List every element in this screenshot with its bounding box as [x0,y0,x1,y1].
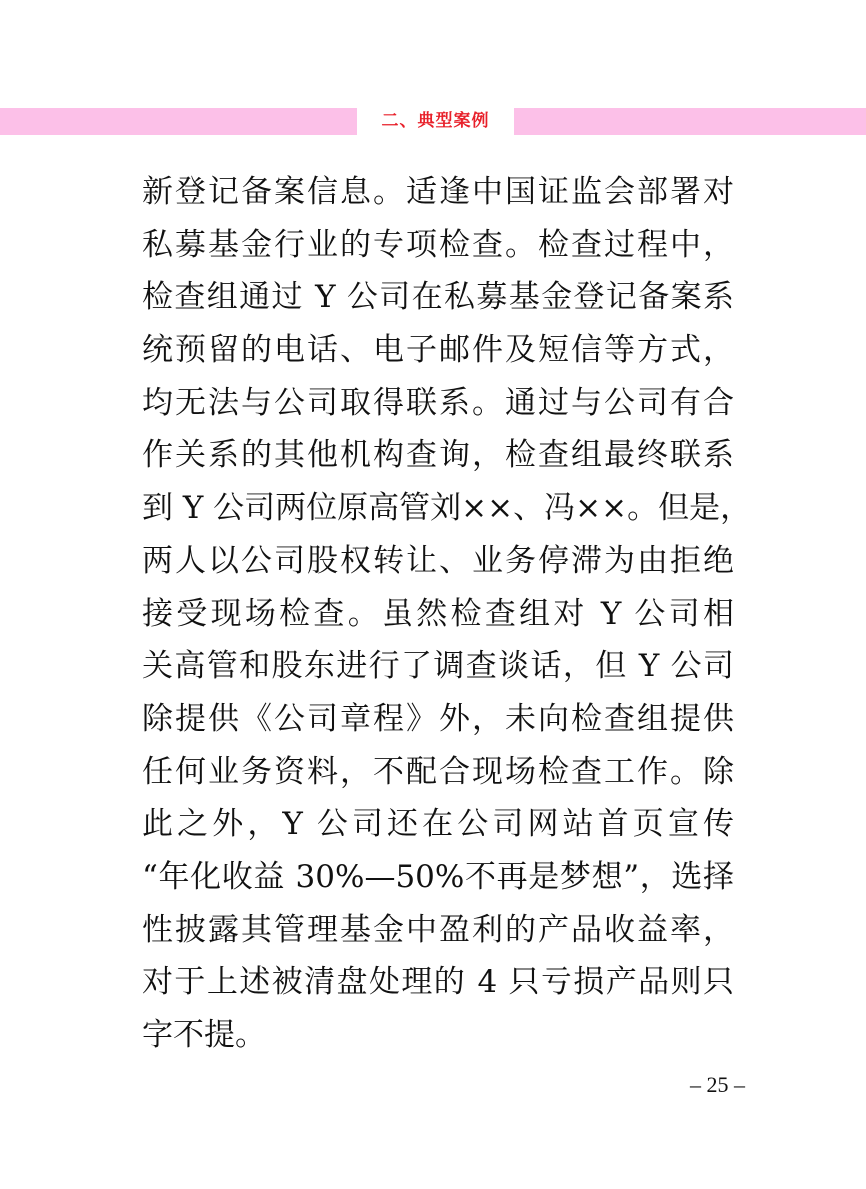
header-band-left [0,108,357,135]
text-line: 两人以公司股权转让、业务停滞为由拒绝 [142,535,734,588]
text-line: 私募基金行业的专项检查。检查过程中， [142,219,734,272]
text-line: 到 Y 公司两位原高管刘××、冯××。但是， [142,482,734,535]
text-line: 统预留的电话、电子邮件及短信等方式， [142,324,734,377]
text-line: 除提供《公司章程》外，未向检查组提供 [142,693,734,746]
text-line: 关高管和股东进行了调查谈话，但 Y 公司 [142,640,734,693]
text-line: 任何业务资料，不配合现场检查工作。除 [142,746,734,799]
text-line: 性披露其管理基金中盈利的产品收益率， [142,904,734,957]
page-number: – 25 – [690,1072,790,1098]
text-line: 新登记备案信息。适逢中国证监会部署对 [142,166,734,219]
text-line: 接受现场检查。虽然检查组对 Y 公司相 [142,588,734,641]
text-line: 检查组通过 Y 公司在私募基金登记备案系 [142,271,734,324]
text-line: 此之外，Y 公司还在公司网站首页宣传 [142,798,734,851]
section-title: 二、典型案例 [357,108,514,135]
text-line: “年化收益 30%—50%不再是梦想”，选择 [142,851,734,904]
text-line: 作关系的其他机构查询，检查组最终联系 [142,429,734,482]
text-line: 均无法与公司取得联系。通过与公司有合 [142,377,734,430]
body-text: 新登记备案信息。适逢中国证监会部署对 私募基金行业的专项检查。检查过程中， 检查… [142,166,734,1062]
text-line: 字不提。 [142,1009,734,1062]
section-header-band: 二、典型案例 [0,108,866,135]
text-line: 对于上述被清盘处理的 4 只亏损产品则只 [142,956,734,1009]
header-band-right [514,108,866,135]
